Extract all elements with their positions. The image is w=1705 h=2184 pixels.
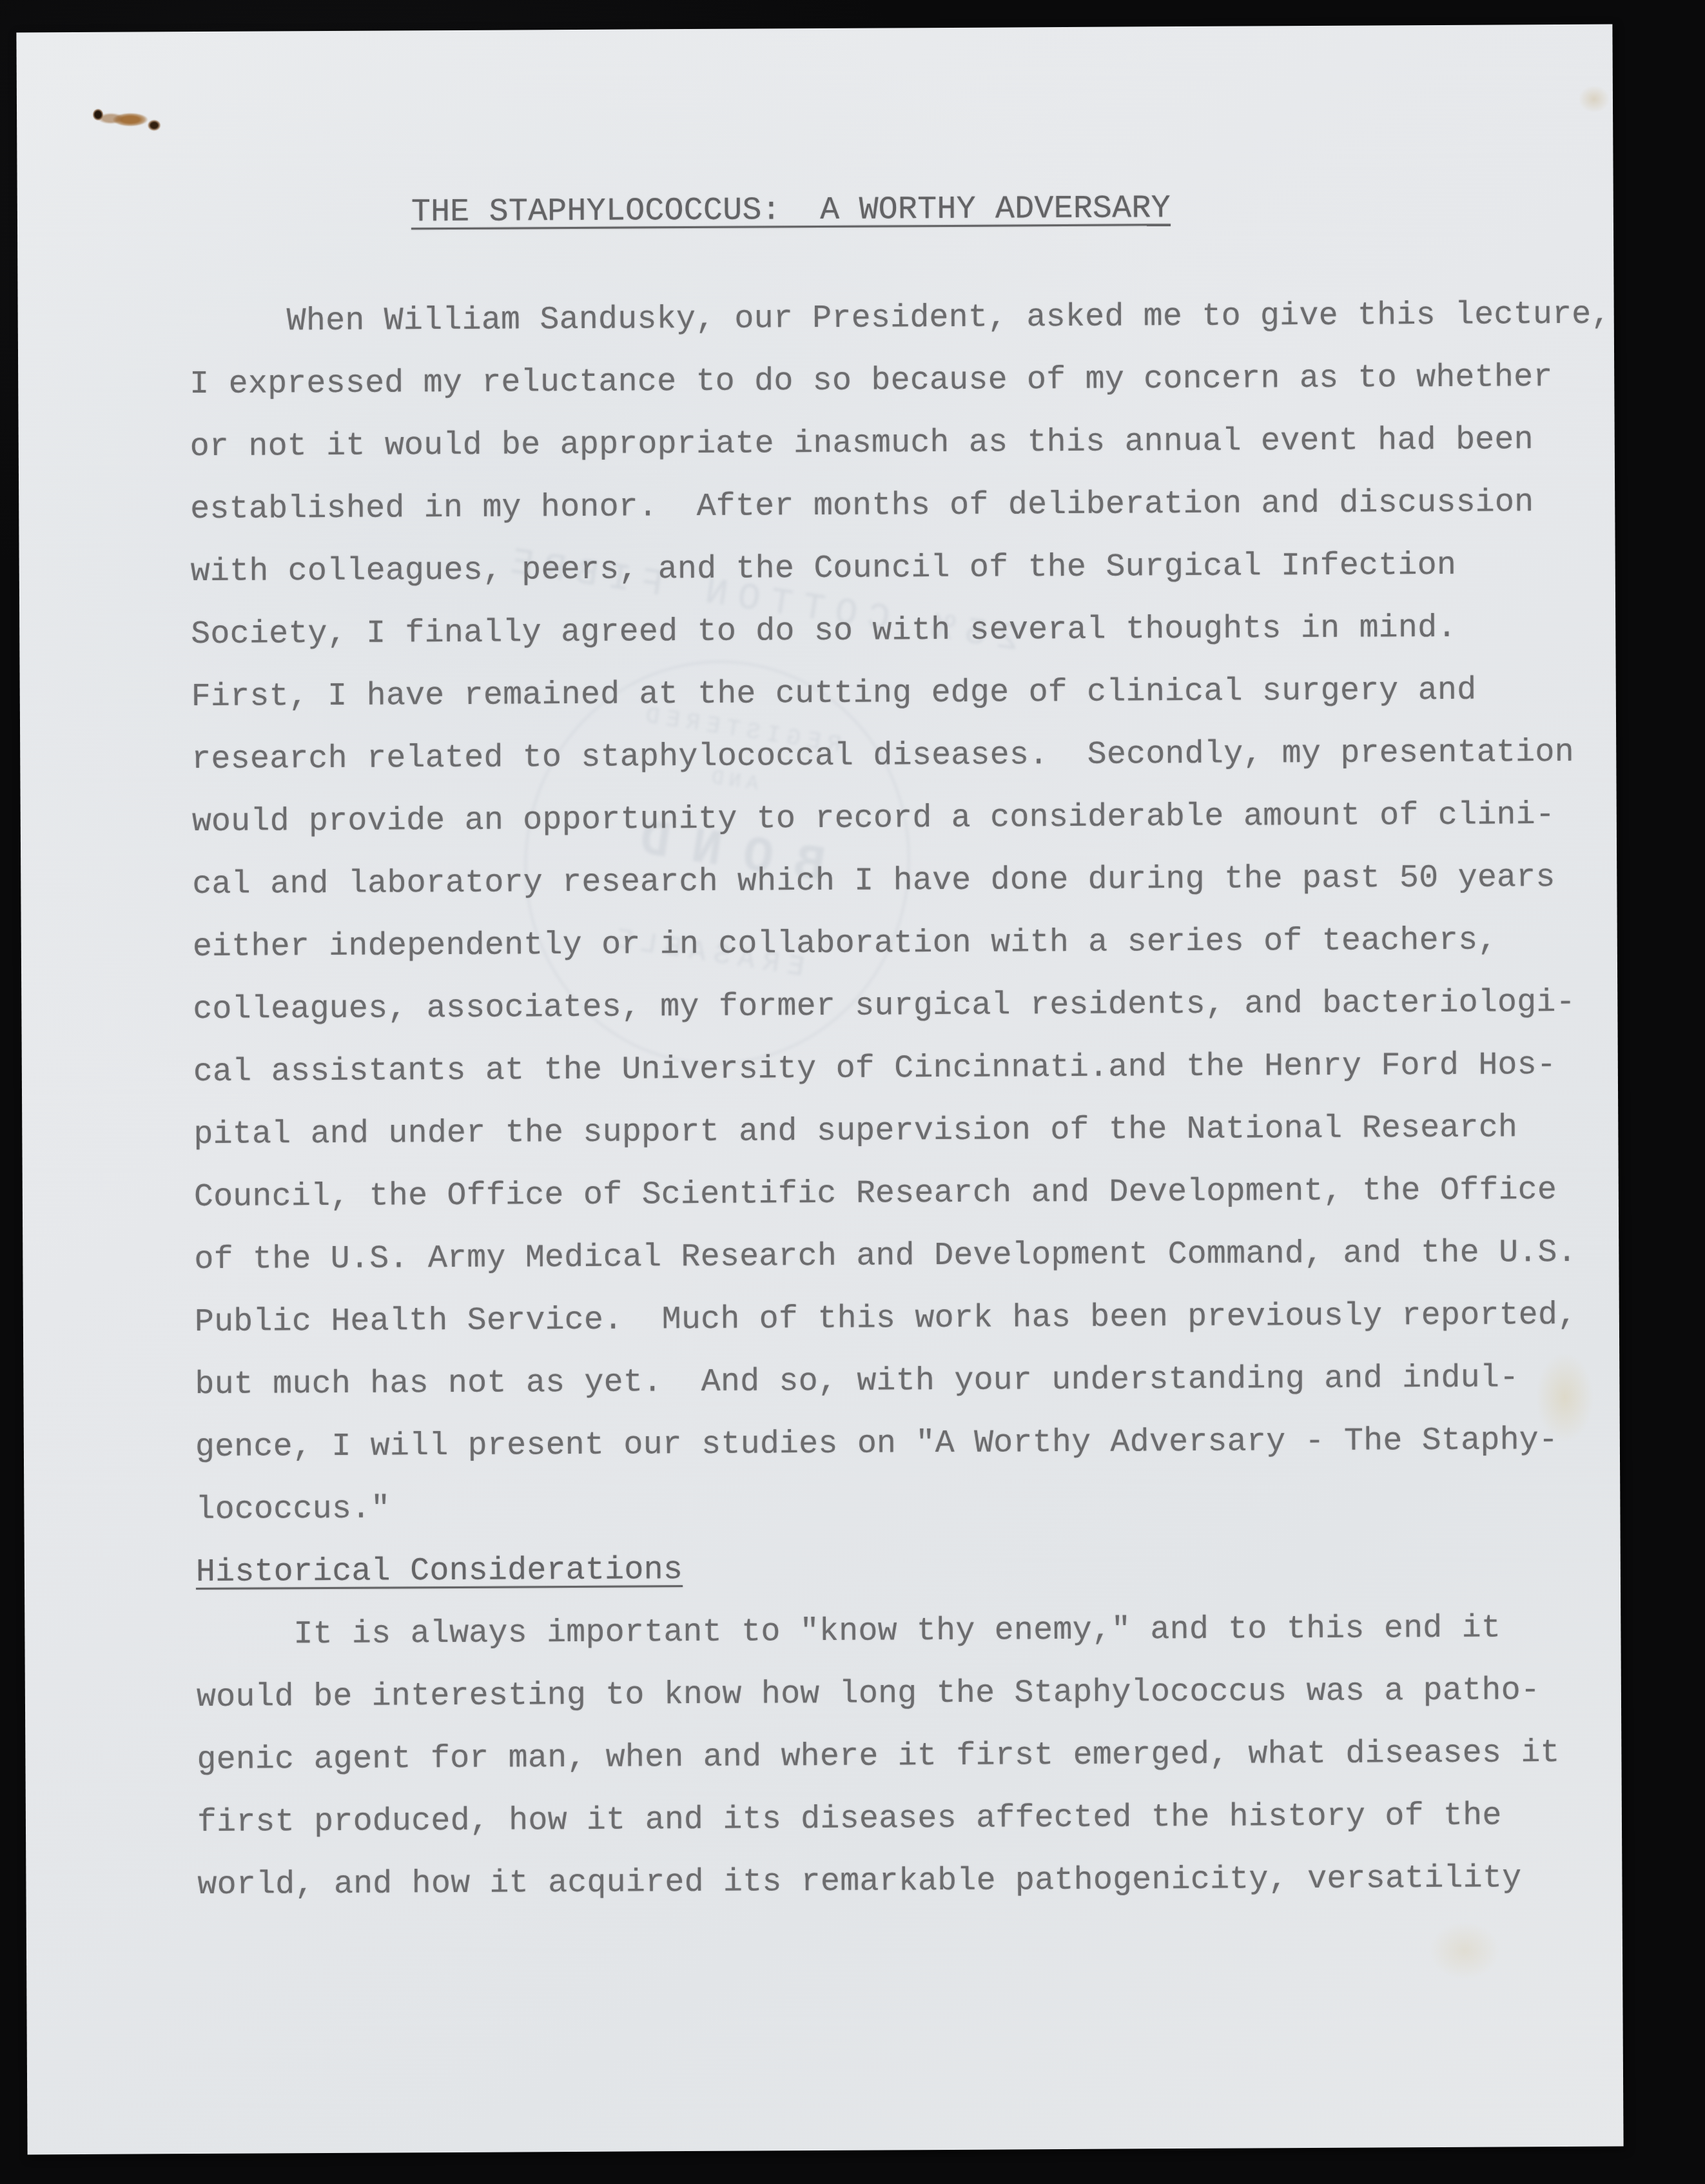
age-stain (1429, 1921, 1500, 1980)
text-line: with colleagues, peers, and the Council … (191, 550, 1457, 589)
text-line: I expressed my reluctance to do so becau… (190, 362, 1553, 401)
text-line: Public Health Service. Much of this work… (195, 1300, 1577, 1339)
text-line: genic agent for man, when and where it f… (197, 1737, 1560, 1777)
text-line: First, I have remained at the cutting ed… (191, 675, 1477, 714)
document-body: When William Sandusky, our President, as… (16, 24, 1623, 2155)
text-line: established in my honor. After months of… (190, 487, 1534, 526)
age-stain (1535, 1352, 1594, 1443)
scanner-background: 25% COTTON FIBRE REGISTERED AND BOND ERA… (0, 0, 1705, 2184)
text-line: or not it would be appropriate inasmuch … (190, 424, 1534, 463)
text-line: would be interesting to know how long th… (197, 1675, 1540, 1714)
document-page: 25% COTTON FIBRE REGISTERED AND BOND ERA… (16, 24, 1623, 2155)
text-line: lococcus." (195, 1493, 390, 1526)
text-line: but much has not as yet. And so, with yo… (195, 1362, 1519, 1401)
section-heading: Historical Considerations (196, 1554, 683, 1589)
text-line: gence, I will present our studies on "A … (195, 1425, 1559, 1464)
text-line: of the U.S. Army Medical Research and De… (194, 1237, 1577, 1276)
text-line: would provide an opportunity to record a… (192, 799, 1555, 839)
text-line: colleagues, associates, my former surgic… (193, 987, 1575, 1026)
age-stain (1579, 86, 1609, 112)
text-line: first produced, how it and its diseases … (197, 1800, 1502, 1839)
text-line: cal assistants at the University of Cinc… (193, 1049, 1557, 1089)
text-line: research related to staphylococcal disea… (191, 737, 1574, 776)
text-line: cal and laboratory research which I have… (192, 862, 1555, 901)
text-line: either independently or in collaboration… (193, 924, 1497, 964)
text-line: pital and under the support and supervis… (193, 1112, 1517, 1151)
text-line: When William Sandusky, our President, as… (190, 299, 1611, 339)
text-line: It is always important to "know thy enem… (196, 1612, 1501, 1652)
text-line: Council, the Office of Scientific Resear… (194, 1175, 1557, 1214)
text-line: Society, I finally agreed to do so with … (191, 612, 1457, 651)
text-line: world, and how it acquired its remarkabl… (197, 1862, 1521, 1902)
